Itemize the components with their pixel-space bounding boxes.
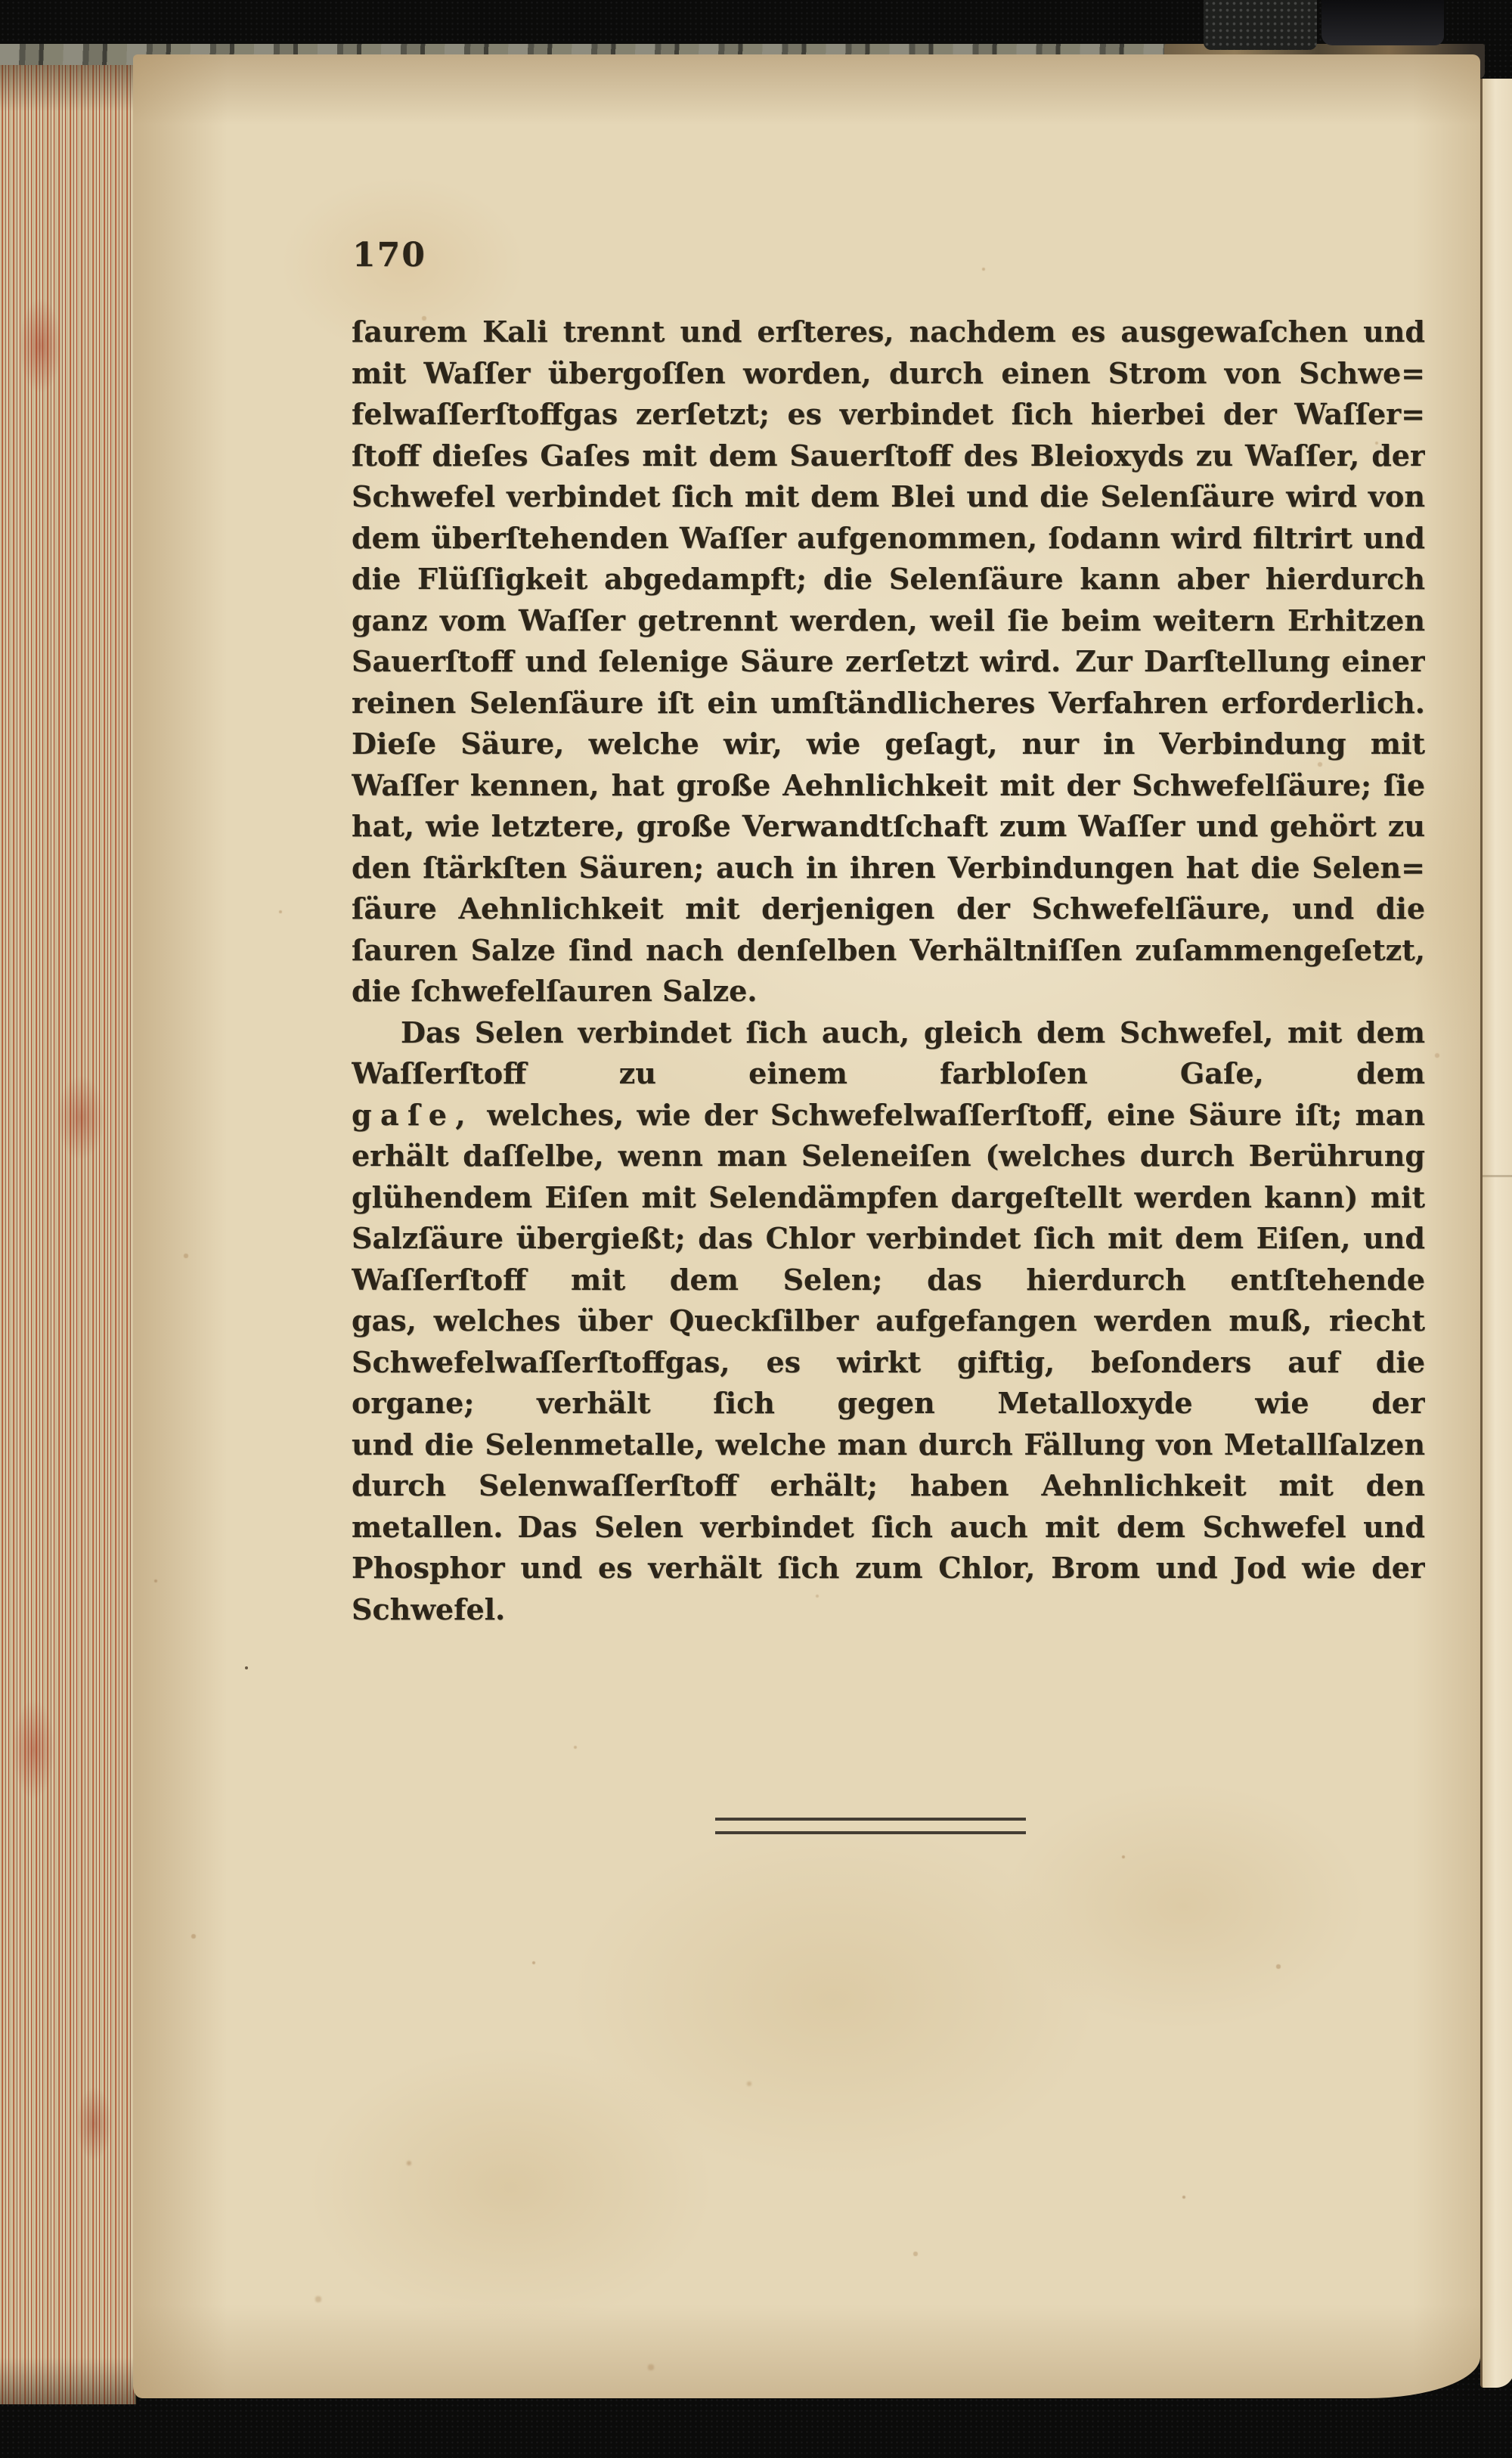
text-segment: dem überſtehenden Waſſer aufgenommen, ſo… (352, 521, 1425, 555)
text-segment: ganz vom Waſſer getrennt werden, weil ſi… (352, 603, 1425, 642)
book-page: 170 ſaurem Kali trennt und erſteres, nac… (133, 54, 1480, 2398)
text-line: mit Waſſer übergoſſen worden, durch eine… (352, 353, 1425, 395)
text-line: Sauerſtoff und ſelenige Säure zerſetzt w… (352, 641, 1425, 683)
text-line: Das Selen verbindet ſich auch, gleich de… (352, 1012, 1425, 1054)
text-line: felwaſſerſtoffgas zerſetzt; es verbindet… (352, 394, 1425, 435)
text-line: Waſſerſtoff zu einem farbloſen Gaſe, dem… (352, 1053, 1425, 1095)
text-segment: gas, welches über Queckſilber aufgefange… (352, 1303, 1425, 1342)
text-segment: felwaſſerſtoffgas zerſetzt; es verbindet… (352, 397, 1425, 431)
text-line: durch Selenwaſſerſtoff erhält; haben Aeh… (352, 1465, 1425, 1507)
book-photo: 170 ſaurem Kali trennt und erſteres, nac… (0, 0, 1512, 2458)
text-segment: Das Selen verbindet ſich auch, gleich de… (401, 1015, 1425, 1049)
section-divider-rule (715, 1818, 1026, 1834)
text-line: den ſtärkſten Säuren; auch in ihren Verb… (352, 848, 1425, 889)
text-segment: organe; verhält ſich gegen Metalloxyde w… (352, 1386, 1425, 1424)
text-segment: ſaurem Kali trennt und erſteres, nachdem… (352, 315, 1425, 349)
text-line: ſtoff dieſes Gaſes mit dem Sauerſtoff de… (352, 435, 1425, 477)
text-line: erhält daſſelbe, wenn man Seleneiſen (we… (352, 1136, 1425, 1177)
text-line: die ſchwefelſauren Salze. (352, 971, 1425, 1012)
text-segment: Phosphor und es verhält ſich zum Chlor, … (352, 1551, 1425, 1585)
text-line: Waſſerſtoff mit dem Selen; das hierdurch… (352, 1260, 1425, 1301)
text-segment: und die Selenmetalle, welche man durch F… (352, 1427, 1425, 1461)
text-line: Phosphor und es verhält ſich zum Chlor, … (352, 1548, 1425, 1589)
text-line: metallen. Das Selen verbindet ſich auch … (352, 1507, 1425, 1548)
text-line: dem überſtehenden Waſſer aufgenommen, ſo… (352, 518, 1425, 559)
text-line: organe; verhält ſich gegen Metalloxyde w… (352, 1383, 1425, 1424)
text-segment: reinen Selenſäure iſt ein umſtändlichere… (352, 686, 1425, 720)
body-text: ſaurem Kali trennt und erſteres, nachdem… (352, 312, 1425, 1630)
text-segment: durch Selenwaſſerſtoff erhält; haben Aeh… (352, 1468, 1425, 1507)
text-line: Dieſe Säure, welche wir, wie geſagt, nur… (352, 724, 1425, 765)
text-line: Schwefel verbindet ſich mit dem Blei und… (352, 476, 1425, 518)
text-line: ſauren Salze ſind nach denſelben Verhält… (352, 930, 1425, 972)
text-line: Waſſer kennen, hat große Aehnlichkeit mi… (352, 765, 1425, 807)
text-segment: Schwefel. (352, 1592, 505, 1626)
book-clamp-pebbled (1204, 0, 1317, 50)
text-segment: Schwefelwaſſerſtoffgas, es wirkt giftig,… (352, 1345, 1425, 1384)
text-line: Schwefelwaſſerſtoffgas, es wirkt giftig,… (352, 1342, 1425, 1384)
text-segment: gaſe, (352, 1098, 474, 1132)
text-line: reinen Selenſäure iſt ein umſtändlichere… (352, 683, 1425, 724)
text-line: und die Selenmetalle, welche man durch F… (352, 1424, 1425, 1466)
text-segment: Waſſerſtoff mit dem Selen; das hierdurch… (352, 1263, 1425, 1301)
text-segment: Sauerſtoff und ſelenige Säure zerſetzt w… (352, 644, 1425, 678)
text-segment: ſtoff dieſes Gaſes mit dem Sauerſtoff de… (352, 439, 1425, 473)
text-segment: Dieſe Säure, welche wir, wie geſagt, nur… (352, 727, 1425, 761)
text-segment: Schwefel verbindet ſich mit dem Blei und… (352, 479, 1425, 513)
paper-stains (133, 54, 135, 56)
text-line: die Flüſſigkeit abgedampft; die Selenſäu… (352, 559, 1425, 600)
text-segment: die Flüſſigkeit abgedampft; die Selenſäu… (352, 562, 1425, 600)
text-segment: ſauren Salze ſind nach denſelben Verhält… (352, 933, 1425, 972)
text-segment: glühendem Eiſen mit Selendämpfen dargeſt… (352, 1180, 1425, 1214)
text-line: Schwefel. (352, 1589, 1425, 1631)
book-fore-edge (0, 65, 136, 2404)
text-line: ſaurem Kali trennt und erſteres, nachdem… (352, 312, 1425, 353)
text-line: gas, welches über Queckſilber aufgefange… (352, 1300, 1425, 1342)
text-line: Salzſäure übergießt; das Chlor verbindet… (352, 1218, 1425, 1260)
text-segment: mit Waſſer übergoſſen worden, durch eine… (352, 356, 1425, 390)
text-segment: die ſchwefelſauren Salze. (352, 974, 758, 1008)
text-line: glühendem Eiſen mit Selendämpfen dargeſt… (352, 1177, 1425, 1219)
text-segment: den ſtärkſten Säuren; auch in ihren Verb… (352, 851, 1425, 885)
book-clamp-smooth (1321, 0, 1444, 45)
text-segment: Waſſer kennen, hat große Aehnlichkeit mi… (352, 768, 1425, 802)
text-segment: Salzſäure übergießt; das Chlor verbindet… (352, 1221, 1425, 1260)
text-segment: metallen. Das Selen verbindet ſich auch … (352, 1510, 1425, 1544)
next-page-edge (1480, 79, 1512, 2388)
text-line: gaſe, welches, wie der Schwefelwaſſerſto… (352, 1095, 1425, 1136)
text-line: ganz vom Waſſer getrennt werden, weil ſi… (352, 600, 1425, 642)
text-segment: Waſſerſtoff zu einem farbloſen Gaſe, dem (352, 1056, 1425, 1090)
text-line: hat, wie letztere, große Verwandtſchaft … (352, 806, 1425, 848)
text-segment: erhält daſſelbe, wenn man Seleneiſen (we… (352, 1139, 1425, 1177)
text-segment: hat, wie letztere, große Verwandtſchaft … (352, 809, 1425, 843)
page-number: 170 (352, 236, 426, 274)
text-segment: ſäure Aehnlichkeit mit derjenigen der Sc… (352, 891, 1425, 930)
text-line: ſäure Aehnlichkeit mit derjenigen der Sc… (352, 888, 1425, 930)
text-segment: welches, wie der Schwefelwaſſerſtoff, ei… (474, 1098, 1425, 1132)
